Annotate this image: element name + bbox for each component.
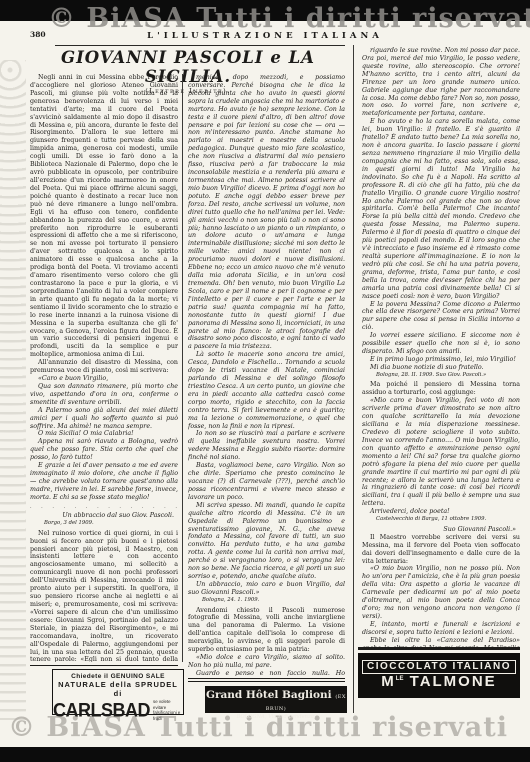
talmone-sup: LE bbox=[396, 676, 404, 682]
ad-talmone: CIOCCOLATO ITALIANO MLE TALMONE bbox=[358, 653, 520, 698]
paragraph: Castelvecchio di Barga, 11 ottobre 1909. bbox=[362, 516, 520, 523]
text-column-1: Negli anni in cui Messina ebbe l'orgogli… bbox=[30, 74, 178, 662]
text-column-2: menica, dopo mezzodì, e possiamo convers… bbox=[188, 74, 345, 676]
paragraph: E grazie a lei d'aver pensato a me ed av… bbox=[30, 462, 178, 502]
journal-title: L'ILLUSTRAZIONE ITALIANA bbox=[0, 31, 530, 41]
carlsbad-line1: Chiedete il GENUINO SALE bbox=[53, 673, 183, 680]
paragraph: «O mio buon Virgilio, non ne posso più. … bbox=[362, 565, 520, 620]
ad-separator-middle-a bbox=[188, 678, 345, 679]
paragraph: menica, dopo mezzodì, e possiamo convers… bbox=[188, 74, 345, 351]
paragraph: Io vorrei essere siciliano. E siccome no… bbox=[362, 332, 520, 356]
paragraph: Mi dia buone notizie di suo fratello. bbox=[362, 364, 520, 372]
ad-grand-hotel-baglioni: Grand Hôtel Baglioni (EX BRUN) BOLOGNA, … bbox=[205, 686, 347, 713]
paragraph: «Mio dolce e caro Virgilio, siamo al sol… bbox=[188, 654, 345, 670]
paragraph: E, intanto, morti e funerali e iscrizion… bbox=[362, 621, 520, 637]
hotel-address: BOLOGNA, Via Indipendenza. bbox=[205, 714, 347, 720]
paragraph: Un abbraccio, mio caro e buon Virgilio, … bbox=[188, 581, 345, 597]
column-divider-1 bbox=[182, 74, 183, 662]
hotel-name: Grand Hôtel Baglioni bbox=[206, 689, 332, 701]
paragraph: E in primo luogo primissimo, lei, mio Vi… bbox=[362, 356, 520, 364]
column-divider-2 bbox=[353, 45, 354, 713]
paragraph: Borgo, 3 del 1909. bbox=[30, 520, 178, 527]
magazine-page: © BiASA Tutti i diritti riservati © BiAS… bbox=[0, 0, 530, 762]
ad-separator-middle-b bbox=[188, 681, 345, 682]
paragraph: Arrivederci, dolce poeta! bbox=[362, 508, 520, 516]
watermark-top: © BiASA Tutti i diritti riservati bbox=[48, 3, 530, 34]
paragraph: Un abbraccio dal suo Giov. Pascoli. bbox=[30, 512, 178, 520]
carlsbad-note: se volete evitare falsificazioni e frodi bbox=[153, 699, 183, 722]
paragraph: Basta, vogliamoci bene, caro Virgilio. N… bbox=[188, 462, 345, 502]
paragraph: Qua son dannato rimanere, più morto che … bbox=[30, 383, 178, 407]
ad-carlsbad: Chiedete il GENUINO SALE NATURALE della … bbox=[52, 669, 184, 715]
paragraph: . . . . . . . . . . . . . . . . . . . . … bbox=[30, 504, 178, 510]
paragraph: Avendomi chiesto il Pascoli numerose fot… bbox=[188, 607, 345, 655]
paragraph: «Caro e buon Virgilio, bbox=[30, 375, 178, 383]
carlsbad-brand: CARLSBAD bbox=[53, 699, 150, 722]
carlsbad-note-line1: se volete evitare bbox=[153, 699, 171, 710]
paragraph: Negli anni in cui Messina ebbe l'orgogli… bbox=[30, 74, 178, 359]
talmone-name: TALMONE bbox=[410, 673, 497, 690]
paragraph: Bologna, 28. II. 1909. Suo Giov. Pascoli… bbox=[362, 372, 520, 379]
paragraph: All'annunzio del disastro di Messina, co… bbox=[30, 359, 178, 375]
paragraph: riguardo le sue rovine. Non mi posso dar… bbox=[362, 47, 520, 118]
talmone-line1: CIOCCOLATO ITALIANO bbox=[362, 660, 516, 674]
text-column-3: riguardo le sue rovine. Non mi posso dar… bbox=[362, 47, 520, 647]
paragraph: Ebbe lei oltre la «Canzone del Paradiso»… bbox=[362, 637, 520, 647]
paragraph: O mia Sicilia! O mia Calabria! bbox=[30, 430, 178, 438]
paragraph: Mi scriva spesso. Mi mandi, quando le ca… bbox=[188, 502, 345, 581]
paragraph: Nel ruinoso vortice di quei giorni, in c… bbox=[30, 530, 178, 662]
carlsbad-line2: NATURALE della SPRUDEL di bbox=[53, 680, 183, 698]
paragraph: E la povera Messina? Come dicono a Paler… bbox=[362, 301, 520, 333]
talmone-brand: MLE TALMONE bbox=[358, 674, 520, 691]
paragraph: Il Maestro vorrebbe scrivere dei versi s… bbox=[362, 534, 520, 566]
scan-black-band-bottom bbox=[0, 747, 530, 762]
header-rule bbox=[55, 45, 345, 46]
paragraph: Bologna, 24. 1. 1909. bbox=[188, 597, 345, 604]
paragraph: Suo Giovanni Pascoli.» bbox=[362, 526, 520, 534]
paragraph: A Palermo sono già alcuni dei miei dilet… bbox=[30, 407, 178, 431]
ad-separator-right bbox=[358, 647, 520, 650]
talmone-prefix: M bbox=[381, 673, 396, 690]
carlsbad-note-line2: falsificazioni e frodi bbox=[153, 710, 180, 721]
paragraph: Là sotto le macerie sono ancora tre amic… bbox=[188, 351, 345, 430]
paragraph: Appena mi sarò riavuto a Bologna, vedrò … bbox=[30, 438, 178, 462]
paragraph: Ma poiché il pensiero di Messina torna a… bbox=[362, 381, 520, 397]
paragraph: Guardo e penso e non faccio nulla. Ho in… bbox=[188, 670, 345, 676]
paragraph: «Mio caro e buon Virgilio, feci voto di … bbox=[362, 397, 520, 508]
paragraph: E ho avuto e ho la cara sorella malata, … bbox=[362, 118, 520, 300]
scan-edge-artifact bbox=[0, 60, 26, 720]
paragraph: Io non so se riuscirò mai a parlare e sc… bbox=[188, 430, 345, 462]
ad-separator-left bbox=[30, 665, 178, 666]
